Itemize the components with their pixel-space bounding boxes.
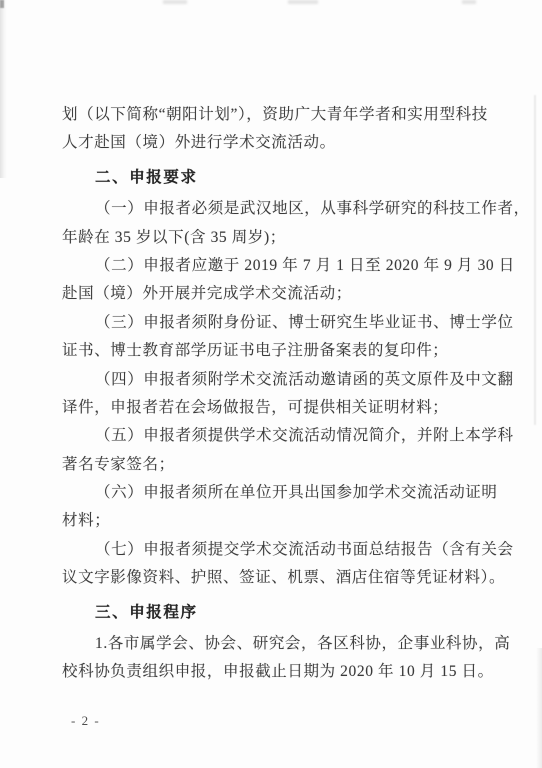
- requirement-5-line-2: 著名专家签名；: [62, 451, 510, 479]
- section-heading-requirements: 二、申报要求: [62, 164, 510, 192]
- intro-line-2: 人才赴国（境）外进行学术交流活动。: [62, 129, 510, 157]
- scanned-document-page: 划（以下简称“朝阳计划”），资助广大青年学者和实用型科技 人才赴国（境）外进行学…: [0, 0, 542, 768]
- scan-speck: [288, 0, 318, 4]
- requirement-6-line-2: 材料；: [62, 507, 510, 535]
- requirement-3-line-1: （三）申报者须附身份证、博士研究生毕业证书、博士学位: [62, 309, 510, 337]
- page-number: - 2 -: [71, 713, 100, 729]
- section-heading-procedure: 三、申报程序: [62, 599, 510, 627]
- requirement-4-line-1: （四）申报者须附学术交流活动邀请函的英文原件及中文翻: [62, 366, 510, 394]
- scan-corner-mark: [0, 0, 4, 8]
- document-body: 划（以下简称“朝阳计划”），资助广大青年学者和实用型科技 人才赴国（境）外进行学…: [62, 101, 510, 687]
- requirement-5-line-1: （五）申报者须提供学术交流活动情况简介，并附上本学科: [62, 422, 510, 450]
- requirement-3-line-2: 证书、博士教育部学历证书电子注册备案表的复印件；: [62, 337, 510, 365]
- requirement-6-line-1: （六）申报者须所在单位开具出国参加学术交流活动证明: [62, 479, 510, 507]
- scan-speck: [163, 0, 187, 4]
- procedure-1-line-2: 校科协负责组织申报，申报截止日期为 2020 年 10 月 15 日。: [62, 658, 510, 686]
- scan-edge-streak: [0, 0, 7, 178]
- requirement-7-line-2: 议文字影像资料、护照、签证、机票、酒店住宿等凭证材料）。: [62, 564, 510, 592]
- scan-edge-shade: [536, 648, 542, 768]
- requirement-2-line-2: 赴国（境）外开展并完成学术交流活动；: [62, 280, 510, 308]
- scan-speck: [462, 0, 476, 4]
- intro-line-1: 划（以下简称“朝阳计划”），资助广大青年学者和实用型科技: [62, 101, 510, 129]
- requirement-2-line-1: （二）申报者应邀于 2019 年 7 月 1 日至 2020 年 9 月 30 …: [62, 252, 510, 280]
- requirement-7-line-1: （七）申报者须提交学术交流活动书面总结报告（含有关会: [62, 536, 510, 564]
- requirement-1-line-1: （一）申报者必须是武汉地区，从事科学研究的科技工作者，: [62, 195, 510, 223]
- scan-edge-line: [534, 95, 536, 425]
- procedure-1-line-1: 1.各市属学会、协会、研究会，各区科协，企事业科协，高: [62, 630, 510, 658]
- requirement-4-line-2: 译件，申报者若在会场做报告，可提供相关证明材料；: [62, 394, 510, 422]
- requirement-1-line-2: 年龄在 35 岁以下(含 35 周岁)；: [62, 224, 510, 252]
